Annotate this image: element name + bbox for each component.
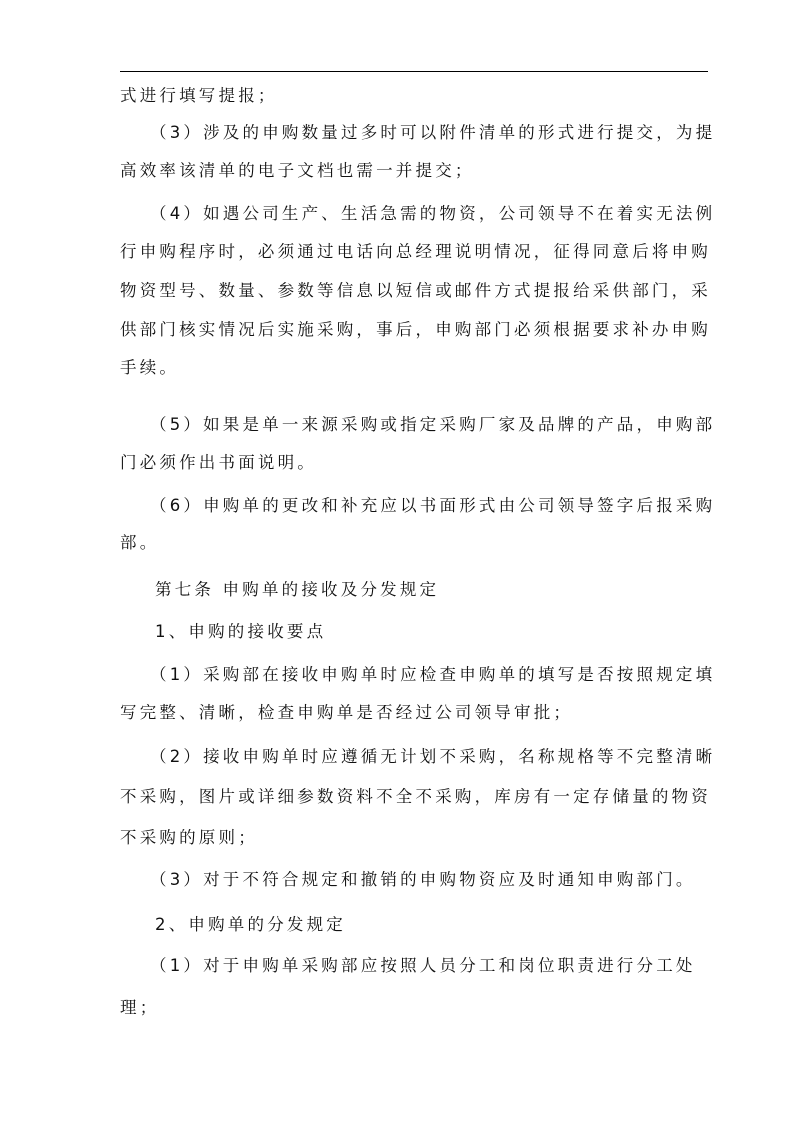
text-line: 门必须作出书面说明。 xyxy=(120,452,710,474)
text-line: 高效率该清单的电子文档也需一并提交； xyxy=(120,160,710,182)
text-line: （1）采购部在接收申购单时应检查申购单的填写是否按照规定填 xyxy=(150,664,740,686)
text-line: 手续。 xyxy=(120,357,710,379)
header-rule xyxy=(120,71,708,72)
text-line: （3）涉及的申购数量过多时可以附件清单的形式进行提交，为提 xyxy=(150,122,740,144)
section-heading: 第七条 申购单的接收及分发规定 xyxy=(155,579,745,601)
text-line: （3）对于不符合规定和撤销的申购物资应及时通知申购部门。 xyxy=(150,869,740,891)
text-line: （2）接收申购单时应遵循无计划不采购，名称规格等不完整清晰 xyxy=(150,746,740,768)
text-line: （1）对于申购单采购部应按照人员分工和岗位职责进行分工处 xyxy=(150,955,740,977)
text-line: （6）申购单的更改和补充应以书面形式由公司领导签字后报采购 xyxy=(150,495,740,517)
text-line: （4）如遇公司生产、生活急需的物资，公司领导不在着实无法例 xyxy=(150,203,740,225)
text-line: 不采购，图片或详细参数资料不全不采购，库房有一定存储量的物资 xyxy=(120,786,710,808)
subsection-heading: 2、申购单的分发规定 xyxy=(155,914,745,936)
text-line: （5）如果是单一来源采购或指定采购厂家及品牌的产品，申购部 xyxy=(150,414,740,436)
text-line: 行申购程序时，必须通过电话向总经理说明情况，征得同意后将申购 xyxy=(120,241,710,263)
subsection-heading: 1、申购的接收要点 xyxy=(155,621,745,643)
text-line: 供部门核实情况后实施采购，事后，申购部门必须根据要求补办申购 xyxy=(120,319,710,341)
text-line: 写完整、清晰，检查申购单是否经过公司领导审批； xyxy=(120,702,710,724)
text-line: 理； xyxy=(120,997,710,1019)
text-line: 式进行填写提报； xyxy=(120,85,710,107)
text-line: 部。 xyxy=(120,532,710,554)
text-line: 物资型号、数量、参数等信息以短信或邮件方式提报给采供部门，采 xyxy=(120,280,710,302)
text-line: 不采购的原则； xyxy=(120,827,710,849)
